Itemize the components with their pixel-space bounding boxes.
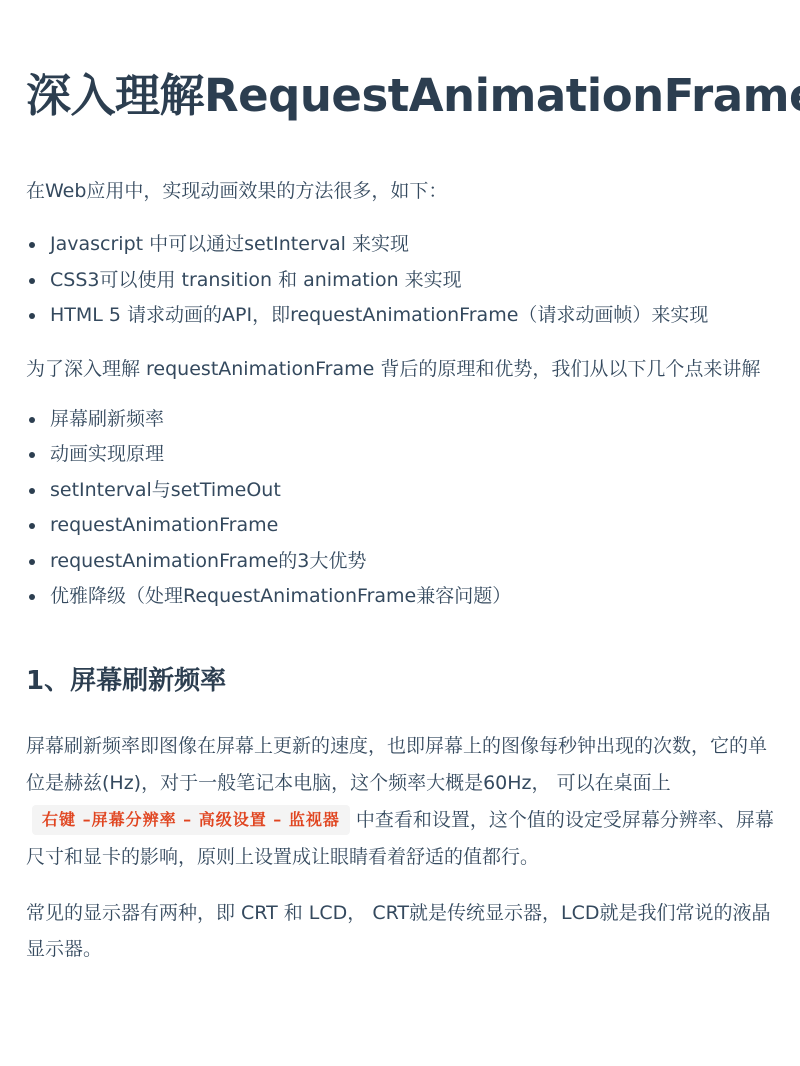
list-item-text: setInterval与setTimeOut <box>50 479 281 501</box>
list-item: requestAnimationFrame的3大优势 <box>26 544 774 580</box>
animation-methods-list: Javascript 中可以通过setInterval 来实现 CSS3可以使用… <box>26 227 774 334</box>
list-item-text: HTML 5 请求动画的API，即requestAnimationFrame（请… <box>50 304 708 326</box>
list-item-text: 优雅降级（处理RequestAnimationFrame兼容问题） <box>50 585 511 607</box>
list-item-text: requestAnimationFrame的3大优势 <box>50 550 366 572</box>
list-item: 动画实现原理 <box>26 437 774 473</box>
why-paragraph: 为了深入理解 requestAnimationFrame 背后的原理和优势，我们… <box>26 351 774 387</box>
bullet-icon <box>29 452 35 458</box>
bullet-icon <box>29 559 35 565</box>
bullet-icon <box>29 313 35 319</box>
bullet-icon <box>29 242 35 248</box>
list-item: requestAnimationFrame <box>26 508 774 544</box>
list-item-text: 动画实现原理 <box>50 443 164 465</box>
list-item-text: 屏幕刷新频率 <box>50 408 164 430</box>
list-item: CSS3可以使用 transition 和 animation 来实现 <box>26 263 774 299</box>
bullet-icon <box>29 278 35 284</box>
list-item: 优雅降级（处理RequestAnimationFrame兼容问题） <box>26 579 774 615</box>
intro-paragraph: 在Web应用中，实现动画效果的方法很多，如下： <box>26 173 774 209</box>
list-item: 屏幕刷新频率 <box>26 402 774 438</box>
section-heading: 1、屏幕刷新频率 <box>26 661 774 701</box>
refresh-rate-paragraph: 屏幕刷新频率即图像在屏幕上更新的速度，也即屏幕上的图像每秒钟出现的次数，它的单位… <box>26 728 774 876</box>
article: 深入理解RequestAnimationFrame 在Web应用中，实现动画效果… <box>0 0 800 967</box>
list-item: HTML 5 请求动画的API，即requestAnimationFrame（请… <box>26 298 774 334</box>
paragraph-text: 屏幕刷新频率即图像在屏幕上更新的速度，也即屏幕上的图像每秒钟出现的次数，它的单位… <box>26 735 767 794</box>
list-item: setInterval与setTimeOut <box>26 473 774 509</box>
topics-list: 屏幕刷新频率 动画实现原理 setInterval与setTimeOut req… <box>26 402 774 615</box>
bullet-icon <box>29 594 35 600</box>
bullet-icon <box>29 523 35 529</box>
inline-code: 右键 –屏幕分辨率 – 高级设置 – 监视器 <box>32 805 350 835</box>
bullet-icon <box>29 417 35 423</box>
list-item-text: Javascript 中可以通过setInterval 来实现 <box>50 233 409 255</box>
article-title: 深入理解RequestAnimationFrame <box>26 0 774 126</box>
bullet-icon <box>29 488 35 494</box>
display-types-paragraph: 常见的显示器有两种，即 CRT 和 LCD， CRT就是传统显示器，LCD就是我… <box>26 895 774 967</box>
list-item-text: CSS3可以使用 transition 和 animation 来实现 <box>50 269 462 291</box>
list-item: Javascript 中可以通过setInterval 来实现 <box>26 227 774 263</box>
list-item-text: requestAnimationFrame <box>50 514 278 536</box>
